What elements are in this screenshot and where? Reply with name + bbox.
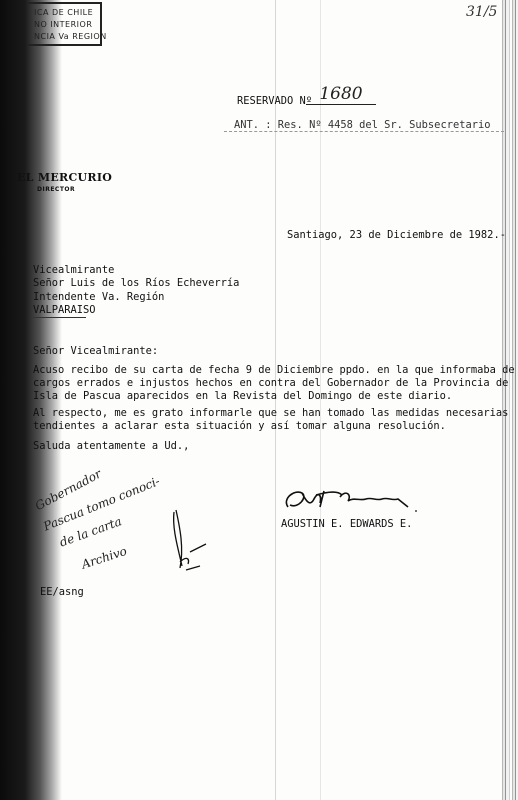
scanned-letter-page: ICA DE CHILE NO INTERIOR NCIA Va REGION …	[0, 0, 518, 800]
recipient-line: Intendente Va. Región	[33, 291, 239, 304]
stamp-line: NCIA Va REGION	[34, 31, 100, 43]
body-paragraph-2: Al respecto, me es grato informarle que …	[33, 407, 508, 433]
recipient-line: Señor Luis de los Ríos Echeverría	[33, 277, 239, 290]
recipient-line: VALPARAISO	[33, 304, 239, 317]
recipient-block: Vicealmirante Señor Luis de los Ríos Ech…	[33, 264, 239, 317]
body-paragraph-1: Acuso recibo de su carta de fecha 9 de D…	[33, 364, 515, 403]
body-line: Al respecto, me es grato informarle que …	[33, 407, 508, 420]
date-line: Santiago, 23 de Diciembre de 1982.-	[287, 229, 506, 242]
reference-initials: EE/asng	[40, 586, 84, 599]
page-number: 31/5	[466, 4, 497, 20]
signature-icon	[280, 485, 420, 515]
ministry-stamp: ICA DE CHILE NO INTERIOR NCIA Va REGION	[28, 2, 102, 46]
closing: Saluda atentamente a Ud.,	[33, 440, 189, 453]
stamp-line: ICA DE CHILE	[34, 7, 100, 19]
salutation: Señor Vicealmirante:	[33, 345, 158, 358]
letterhead-title: EL MERCURIO	[17, 171, 112, 184]
handwritten-initial-icon	[160, 508, 210, 573]
ant-rule	[224, 131, 504, 132]
ant-reference: ANT. : Res. Nº 4458 del Sr. Subsecretari…	[234, 119, 490, 132]
body-line: cargos errados e injustos hechos en cont…	[33, 377, 515, 390]
body-line: Acuso recibo de su carta de fecha 9 de D…	[33, 364, 515, 377]
body-line: Isla de Pascua aparecidos en la Revista …	[33, 390, 515, 403]
signatory-name: AGUSTIN E. EDWARDS E.	[281, 518, 412, 531]
body-line: tendientes a aclarar esta situación y as…	[33, 420, 508, 433]
reservado-number: 1680	[306, 84, 376, 105]
recipient-line: Vicealmirante	[33, 264, 239, 277]
letterhead-subtitle: DIRECTOR	[37, 186, 75, 193]
handwritten-line: Archivo	[80, 544, 129, 572]
reservado-label: RESERVADO Nº	[237, 95, 312, 108]
recipient-underline	[33, 317, 86, 318]
stamp-line: NO INTERIOR	[34, 19, 100, 31]
